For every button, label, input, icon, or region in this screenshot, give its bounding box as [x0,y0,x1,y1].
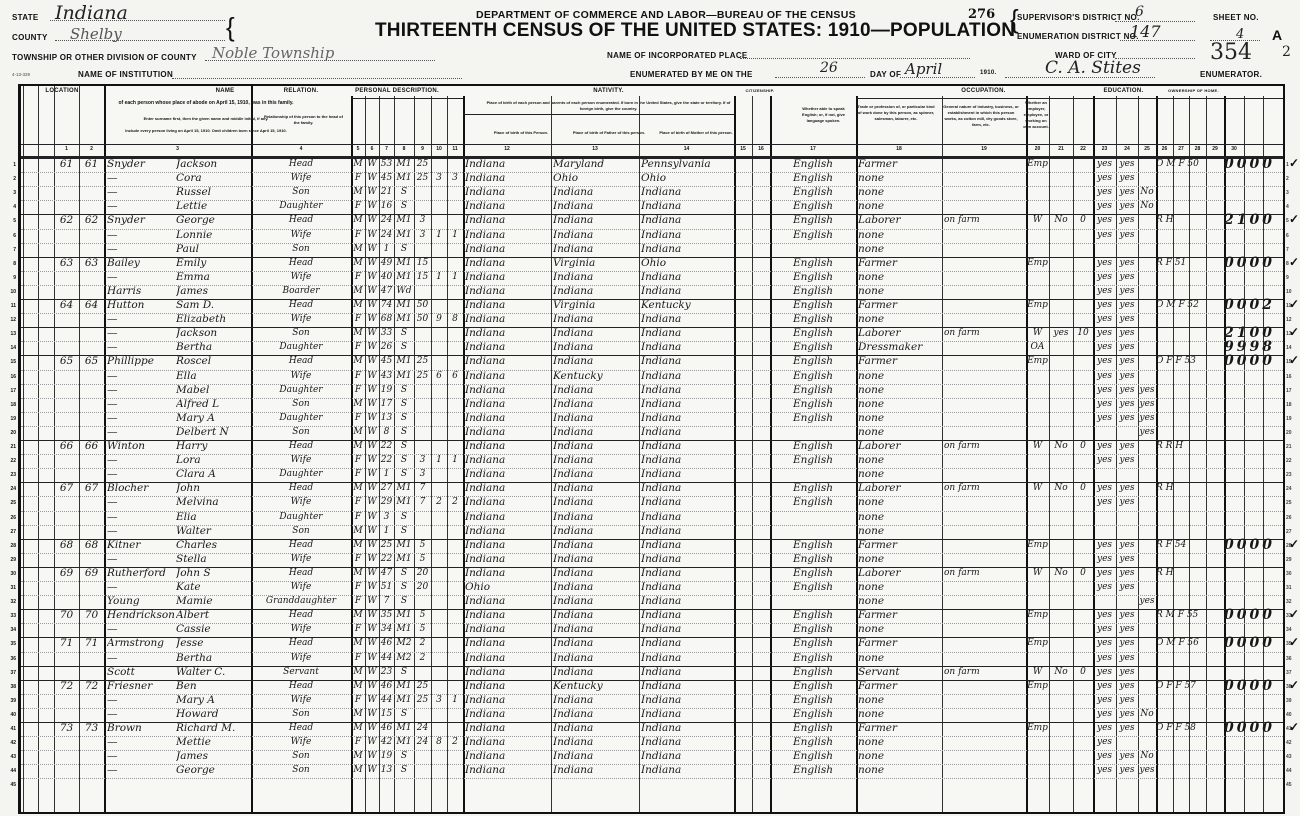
cell-age: 3 [379,510,394,525]
cell-surname: — [107,383,177,398]
cell-lang: English [772,383,854,398]
table-row[interactable]: 44—LettieDaughterFW16SIndianaIndianaIndi… [21,200,1283,214]
table-row[interactable]: 38387272FriesnerBenHeadMW46M125IndianaKe… [21,680,1283,694]
cell-ms: S [394,594,414,609]
cell-dw [54,763,79,778]
cell-read [1093,594,1116,609]
birth-person-header: Place of birth of this Person. [481,130,561,142]
section-personal: PERSONAL DESCRIPTION. [351,88,443,94]
cell-fbp: Indiana [553,213,639,228]
row-number: 34 [4,627,16,633]
cell-fbp: Indiana [553,749,639,764]
check-mark-icon: ✓ [1289,255,1299,269]
cell-liv: 1 [447,270,463,285]
table-row[interactable]: 4343—JamesSonMW19SIndianaIndianaIndianaE… [21,750,1283,764]
cell-liv [447,298,463,313]
cell-write [1116,594,1138,609]
cell-liv [447,326,463,341]
cell-yrs: 25 [414,354,431,369]
cell-given: Walter [176,524,251,539]
cell-write [1116,467,1138,482]
cell-code [1224,735,1283,750]
table-row[interactable]: 41417373BrownRichard M.HeadMW46M124India… [21,722,1283,736]
cell-rel: Boarder [253,284,349,299]
cell-own [1156,411,1224,426]
table-row[interactable]: 3131—KateWifeFW51S20OhioIndianaIndianaEn… [21,581,1283,595]
table-row[interactable]: 77—PaulSonMW1SIndianaIndianaIndiananone [21,243,1283,257]
cell-liv [447,284,463,299]
table-row[interactable]: 30306969RutherfordJohn SHeadMW47S20India… [21,567,1283,581]
cell-emp: W [1026,481,1049,496]
cell-own [1156,383,1224,398]
row-number: 1 [4,162,16,168]
cell-ms: S [394,199,414,214]
cell-dw [54,580,79,595]
cell-rel: Son [253,425,349,440]
cell-race: W [365,594,379,609]
cell-yrs: 3 [414,213,431,228]
cell-liv: 8 [447,312,463,327]
cell-own: R H [1156,213,1224,228]
county-label: County [12,33,48,42]
cell-lang: English [772,721,854,736]
cell-surname: — [107,453,177,468]
table-row[interactable]: 33—RusselSonMW21SIndianaIndianaIndianaEn… [21,186,1283,200]
cell-born [431,425,447,440]
row-number-right: 19 [1286,416,1296,422]
cell-liv [447,397,463,412]
cell-rel: Son [253,763,349,778]
cell-lang: English [772,636,854,651]
cell-surname: Blocher [107,481,177,496]
cell-sex: F [351,453,365,468]
cell-rel: Wife [253,693,349,708]
cell-fam [79,369,104,384]
cell-mbp: Indiana [641,199,734,214]
cell-ind [944,580,1026,595]
cell-fam [79,326,104,341]
cell-dw [54,749,79,764]
cell-sch: yes [1138,411,1156,426]
table-row[interactable]: 33337070HendricksonAlbertHeadMW35M15Indi… [21,609,1283,623]
row-number: 42 [4,740,16,746]
cell-code: 0000 [1224,157,1283,172]
row-number-right: 26 [1286,515,1296,521]
cell-oow [1049,312,1073,327]
cell-occ: none [858,453,942,468]
cell-bp: Indiana [465,467,551,482]
cell-given: Cassie [176,622,251,637]
cell-wks [1073,369,1093,384]
cell-own [1156,622,1224,637]
cell-emp [1026,510,1049,525]
cell-fbp: Kentucky [553,679,639,694]
cell-own: O F F 57 [1156,679,1224,694]
cell-mbp: Indiana [641,651,734,666]
cell-ind [944,397,1026,412]
cell-mbp: Indiana [641,326,734,341]
cell-read: yes [1093,213,1116,228]
table-row[interactable]: 11116464HuttonSam D.HeadMW74M150IndianaV… [21,299,1283,313]
cell-mbp: Indiana [641,566,734,581]
cell-own [1156,777,1224,792]
cell-given: Kate [176,580,251,595]
cell-own [1156,763,1224,778]
cell-oow: No [1049,665,1073,680]
cell-code [1224,397,1283,412]
cell-mbp: Indiana [641,481,734,496]
cell-lang: English [772,481,854,496]
cell-surname: — [107,397,177,412]
cell-write [1116,735,1138,750]
cell-born [431,340,447,355]
table-row[interactable]: 1212—ElizabethWifeFW68M15098IndianaIndia… [21,313,1283,327]
cell-sex: M [351,284,365,299]
cell-given: Roscel [176,354,251,369]
cell-wks [1073,453,1093,468]
cell-age: 47 [379,284,394,299]
cell-bp: Indiana [465,651,551,666]
cell-surname: Harris [107,284,177,299]
cell-sch [1138,242,1156,257]
cell-born [431,749,447,764]
cell-race: W [365,383,379,398]
cell-fbp: Indiana [553,284,639,299]
table-row[interactable]: 99—EmmaWifeFW40M11511IndianaIndianaIndia… [21,271,1283,285]
table-row[interactable]: 3636—BerthaWifeFW44M22IndianaIndianaIndi… [21,652,1283,666]
cell-rel: Daughter [253,383,349,398]
cell-sch [1138,636,1156,651]
cell-yrs [414,411,431,426]
cell-sch [1138,495,1156,510]
cell-lang: English [772,735,854,750]
cell-age: 44 [379,693,394,708]
cell-surname: — [107,524,177,539]
cell-yrs: 3 [414,453,431,468]
cell-given: Bertha [176,340,251,355]
cell-ind: on farm [944,566,1026,581]
table-row[interactable]: 2727—WalterSonMW1SIndianaIndianaIndianan… [21,525,1283,539]
cell-read: yes [1093,157,1116,172]
cell-age: 15 [379,707,394,722]
cell-race: W [365,566,379,581]
cell-ms: M2 [394,651,414,666]
cell-dw [54,340,79,355]
cell-fam [79,510,104,525]
cell-rel: Son [253,397,349,412]
cell-born [431,284,447,299]
row-number-right: 25 [1286,500,1296,506]
table-row[interactable]: 3737ScottWalter C.ServantMW23SIndianaInd… [21,666,1283,680]
cell-given: Melvina [176,495,251,510]
cell-code: 0000 [1224,721,1283,736]
table-row[interactable]: 3434—CassieWifeFW34M15IndianaIndianaIndi… [21,623,1283,637]
cell-write: yes [1116,340,1138,355]
table-row[interactable]: 66—LonnieWifeFW24M1311IndianaIndianaIndi… [21,229,1283,243]
cell-sex: M [351,298,365,313]
cell-emp [1026,707,1049,722]
cell-born [431,777,447,792]
row-number: 14 [4,345,16,351]
cell-age: 19 [379,749,394,764]
table-row[interactable]: 15156565PhillippeRoscelHeadMW45M125India… [21,355,1283,369]
cell-ms: S [394,763,414,778]
cell-occ: none [858,228,942,243]
column-number: 21 [1049,146,1073,156]
cell-dw [54,651,79,666]
cell-sch [1138,298,1156,313]
cell-ind: on farm [944,665,1026,680]
cell-born: 6 [431,369,447,384]
cell-occ: none [858,467,942,482]
cell-emp [1026,580,1049,595]
cell-mbp: Indiana [641,213,734,228]
cell-ms: M1 [394,171,414,186]
cell-surname: Kitner [107,538,177,553]
table-row[interactable]: 21216666WintonHarryHeadMW22SIndianaIndia… [21,440,1283,454]
cell-occ: Dressmaker [858,340,942,355]
cell-fbp: Indiana [553,467,639,482]
cell-rel: Head [253,679,349,694]
column-number: 28 [1189,146,1206,156]
cell-lang: English [772,651,854,666]
cell-mbp: Indiana [641,735,734,750]
cell-fbp: Indiana [553,481,639,496]
cell-own [1156,495,1224,510]
cell-surname: — [107,735,177,750]
cell-age: 1 [379,467,394,482]
row-number: 7 [4,247,16,253]
cell-write: yes [1116,284,1138,299]
cell-lang: English [772,608,854,623]
cell-sex: F [351,171,365,186]
cell-ms: Wd [394,284,414,299]
cell-rel [253,777,349,792]
cell-rel: Head [253,636,349,651]
table-row[interactable]: 2626—EliaDaughterFW3SIndianaIndianaIndia… [21,511,1283,525]
cell-fam [79,242,104,257]
cell-lang: English [772,185,854,200]
table-row[interactable]: 2929—StellaWifeFW22M15IndianaIndianaIndi… [21,553,1283,567]
cell-bp: Indiana [465,524,551,539]
cell-fam [79,411,104,426]
cell-surname: Bailey [107,256,177,271]
row-number: 21 [4,444,16,450]
row-number-right: 45 [1286,782,1296,788]
cell-oow [1049,777,1073,792]
cell-given: Ella [176,369,251,384]
cell-emp: Emp [1026,608,1049,623]
table-row[interactable]: 4040—HowardSonMW15SIndianaIndianaIndiana… [21,708,1283,722]
cell-sch [1138,171,1156,186]
table-row[interactable]: 22—CoraWifeFW45M12533IndianaOhioOhioEngl… [21,172,1283,186]
table-row[interactable]: 2020—Delbert NSonMW8SIndianaIndianaIndia… [21,426,1283,440]
row-number: 45 [4,782,16,788]
cell-emp: W [1026,213,1049,228]
cell-yrs: 7 [414,495,431,510]
cell-code [1224,763,1283,778]
table-row[interactable]: 28286868KitnerCharlesHeadMW25M15IndianaI… [21,539,1283,553]
cell-wks [1073,397,1093,412]
cell-fbp: Indiana [553,594,639,609]
table-row[interactable]: 2222—LoraWifeFW22S311IndianaIndianaIndia… [21,454,1283,468]
column-number: 9 [414,146,431,156]
column-number: 20 [1026,146,1049,156]
row-number: 38 [4,684,16,690]
cell-sch: yes [1138,397,1156,412]
enumerated-label: Enumerated by me on the [630,70,753,79]
table-row[interactable]: 3939—Mary AWifeFW44M12531IndianaIndianaI… [21,694,1283,708]
cell-oow [1049,228,1073,243]
cell-emp [1026,383,1049,398]
table-row[interactable]: 1313—JacksonSonMW33SIndianaIndianaIndian… [21,327,1283,341]
cell-oow [1049,651,1073,666]
cell-surname: — [107,242,177,257]
cell-wks [1073,256,1093,271]
cell-occ: Laborer [858,439,942,454]
cell-sex: M [351,157,365,172]
cell-sex: F [351,495,365,510]
cell-sch [1138,256,1156,271]
cell-bp: Indiana [465,439,551,454]
cell-yrs [414,383,431,398]
table-row[interactable]: 1010HarrisJamesBoarderMW47WdIndianaIndia… [21,285,1283,299]
cell-emp: Emp [1026,679,1049,694]
cell-race: W [365,693,379,708]
table-row[interactable]: 35357171ArmstrongJesseHeadMW46M22Indiana… [21,637,1283,651]
cell-fbp: Indiana [553,735,639,750]
table-row[interactable]: 4444—GeorgeSonMW13SIndianaIndianaIndiana… [21,764,1283,778]
column-number: 22 [1073,146,1093,156]
cell-race: W [365,256,379,271]
cell-ind [944,622,1026,637]
cell-bp: Indiana [465,538,551,553]
table-row[interactable]: 4242—MettieWifeFW42M12482IndianaIndianaI… [21,736,1283,750]
cell-occ: none [858,693,942,708]
table-row[interactable]: 1919—Mary ADaughterFW13SIndianaIndianaIn… [21,412,1283,426]
table-row[interactable]: 556262SnyderGeorgeHeadMW24M13IndianaIndi… [21,214,1283,228]
cell-fam [79,270,104,285]
table-row[interactable]: 1414—BerthaDaughterFW26SIndianaIndianaIn… [21,341,1283,355]
cell-sex: F [351,369,365,384]
row-number: 31 [4,585,16,591]
cell-given: Delbert N [176,425,251,440]
cell-ind [944,228,1026,243]
cell-age: 8 [379,425,394,440]
cell-ms: S [394,185,414,200]
cell-wks [1073,340,1093,355]
cell-bp: Indiana [465,693,551,708]
cell-born: 1 [431,270,447,285]
row-number: 11 [4,303,16,309]
cell-fbp: Indiana [553,354,639,369]
cell-yrs: 50 [414,312,431,327]
check-mark-icon: ✓ [1289,325,1299,339]
cell-bp: Indiana [465,594,551,609]
cell-mbp: Indiana [641,636,734,651]
cell-lang: English [772,256,854,271]
cell-lang: English [772,397,854,412]
cell-own: O M F 52 [1156,298,1224,313]
cell-born [431,242,447,257]
table-row[interactable]: 1818—Alfred LSonMW17SIndianaIndianaIndia… [21,398,1283,412]
cell-yrs: 15 [414,270,431,285]
column-number: 12 [463,146,551,156]
cell-dw: 62 [54,213,79,228]
cell-liv [447,524,463,539]
cell-surname: — [107,495,177,510]
cell-fam [79,453,104,468]
table-row[interactable]: 1616—EllaWifeFW43M12566IndianaKentuckyIn… [21,370,1283,384]
cell-wks [1073,651,1093,666]
cell-sex: M [351,326,365,341]
cell-mbp: Indiana [641,538,734,553]
cell-emp [1026,411,1049,426]
cell-occ: Farmer [858,256,942,271]
cell-ind [944,552,1026,567]
cell-code [1224,566,1283,581]
cell-given: Clara A [176,467,251,482]
cell-yrs [414,242,431,257]
cell-emp [1026,693,1049,708]
cell-yrs: 2 [414,636,431,651]
row-number: 8 [4,261,16,267]
column-number: 17 [770,146,856,156]
cell-ms: M1 [394,481,414,496]
table-row[interactable]: 4545 [21,778,1283,792]
table-row[interactable]: 886363BaileyEmilyHeadMW49M115IndianaVirg… [21,257,1283,271]
cell-liv [447,777,463,792]
table-row[interactable]: 1717—MabelDaughterFW19SIndianaIndianaInd… [21,384,1283,398]
table-row[interactable]: 2525—MelvinaWifeFW29M1722IndianaIndianaI… [21,496,1283,510]
cell-wks [1073,270,1093,285]
cell-rel: Son [253,242,349,257]
cell-fam [79,665,104,680]
check-mark-icon: ✓ [1289,297,1299,311]
cell-liv: 2 [447,495,463,510]
cell-ind [944,298,1026,313]
cell-race: W [365,298,379,313]
cell-lang: English [772,228,854,243]
cell-occ: none [858,383,942,398]
table-row[interactable]: 116161SnyderJacksonHeadMW53M125IndianaMa… [21,158,1283,172]
cell-yrs [414,594,431,609]
table-row[interactable]: 3232YoungMamieGranddaughterFW7SIndianaIn… [21,595,1283,609]
cell-given: Jackson [176,326,251,341]
section-education: EDUCATION. [1091,88,1156,94]
cell-sch [1138,270,1156,285]
cell-wks [1073,312,1093,327]
cell-own [1156,735,1224,750]
cell-oow: No [1049,439,1073,454]
cell-race: W [365,453,379,468]
cell-dw [54,326,79,341]
cell-ind: on farm [944,439,1026,454]
table-row[interactable]: 24246767BlocherJohnHeadMW27M17IndianaInd… [21,482,1283,496]
cell-liv [447,439,463,454]
cell-race: W [365,199,379,214]
cell-bp: Indiana [465,608,551,623]
check-mark-icon: ✓ [1289,635,1299,649]
cell-bp: Indiana [465,552,551,567]
cell-fbp: Indiana [553,552,639,567]
cell-sch [1138,340,1156,355]
cell-bp: Indiana [465,510,551,525]
cell-sch [1138,284,1156,299]
table-row[interactable]: 2323—Clara ADaughterFW1S3IndianaIndianaI… [21,468,1283,482]
cell-born [431,157,447,172]
cell-oow [1049,185,1073,200]
